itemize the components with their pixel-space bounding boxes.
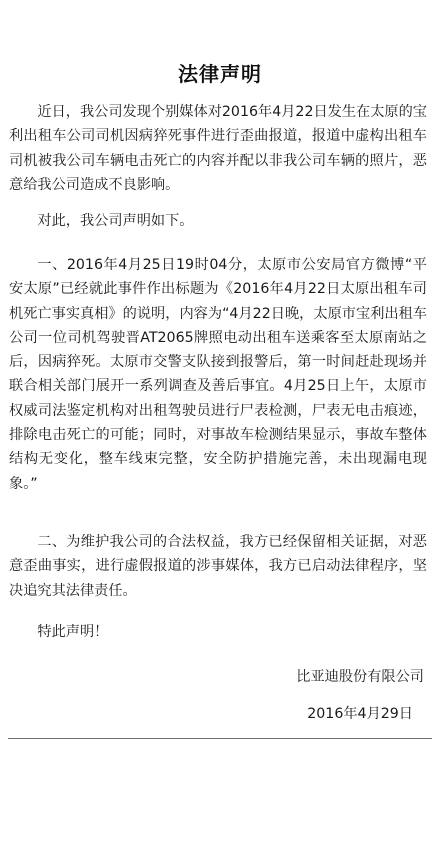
bottom-divider: [8, 738, 432, 739]
document-title: 法律声明: [0, 60, 440, 88]
paragraph-closing: 特此声明！: [9, 620, 427, 644]
paragraph-point-one: 一、2016年4月25日19时04分，太原市公安局官方微博“平安太原”已经就此事…: [9, 253, 427, 496]
paragraph-declaration-lead: 对此，我公司声明如下。: [9, 209, 427, 233]
paragraph-intro: 近日，我公司发现个别媒体对2016年4月22日发生在太原的宝利出租车公司司机因病…: [9, 100, 427, 197]
statement-date: 2016年4月29日: [307, 704, 413, 724]
paragraph-point-two: 二、为维护我公司的合法权益，我方已经保留相关证据，对恶意歪曲事实，进行虚假报道的…: [9, 530, 427, 603]
company-signature: 比亚迪股份有限公司: [296, 667, 424, 687]
